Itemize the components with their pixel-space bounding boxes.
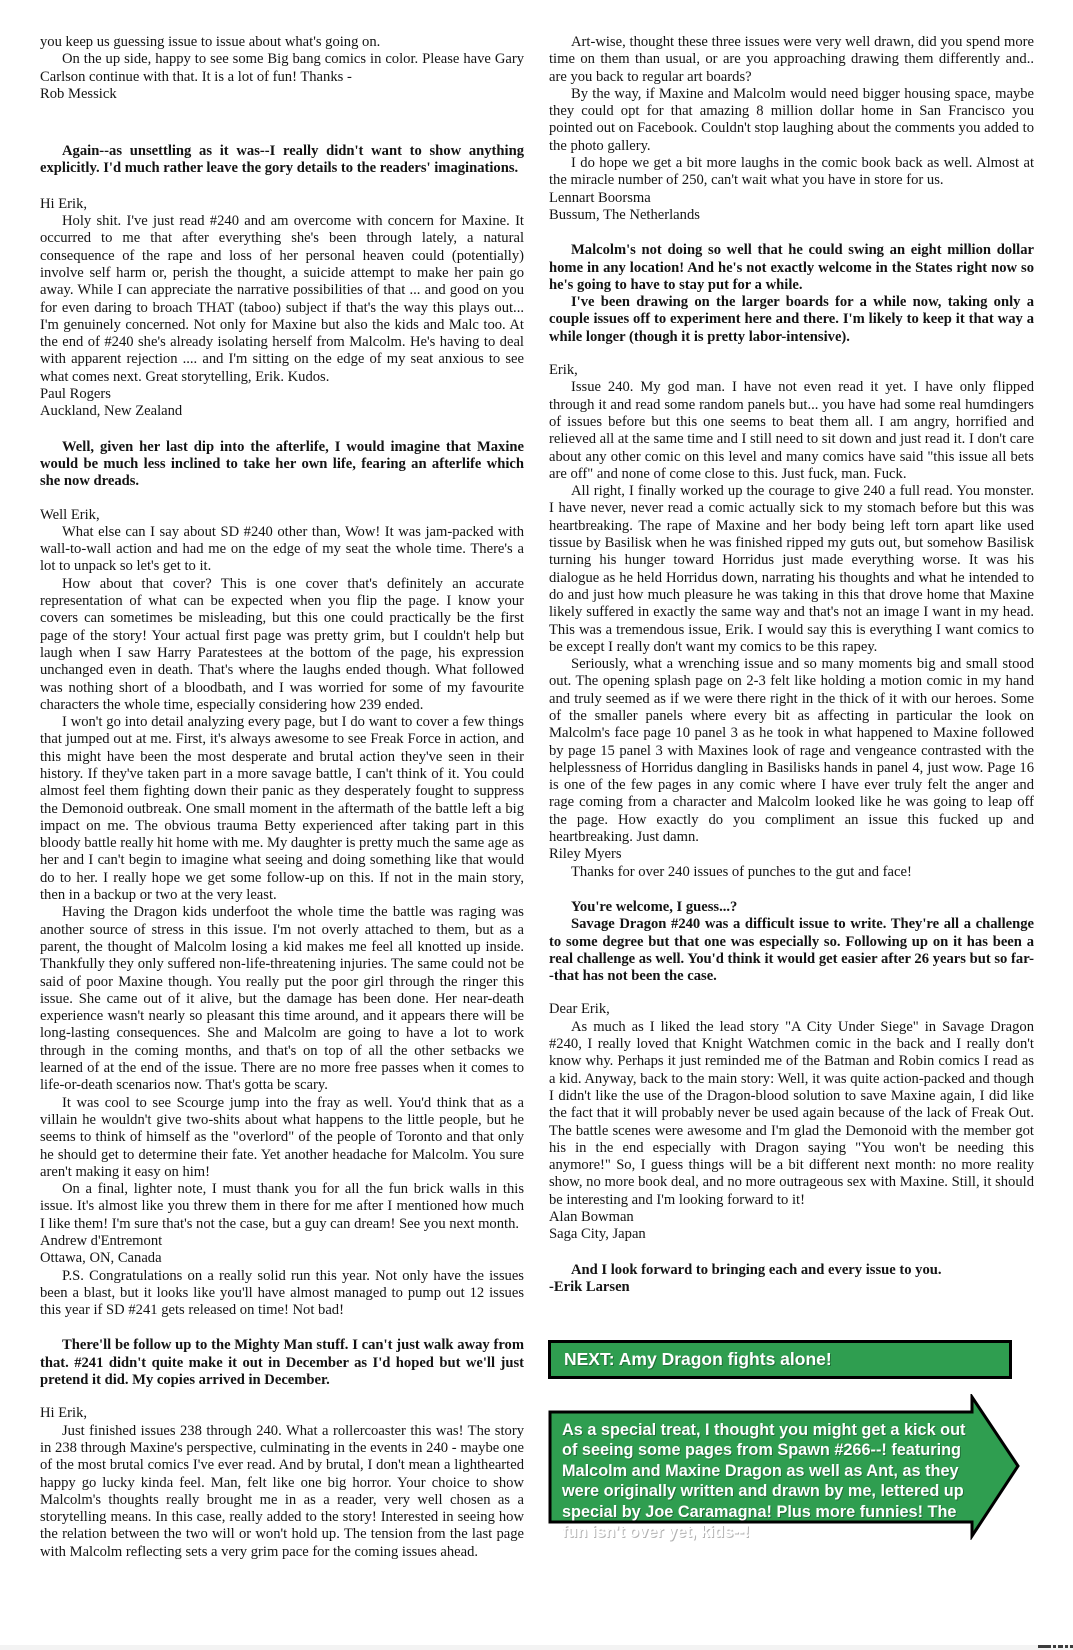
left-column: you keep us guessing issue to issue abou… — [40, 34, 524, 1561]
editor-reply: Again--as unsettling as it was--I really… — [40, 143, 524, 178]
next-issue-text: NEXT: Amy Dragon fights alone! — [551, 1349, 832, 1370]
editor-reply: You're welcome, I guess...? — [549, 899, 1034, 916]
letter-paragraph: I won't go into detail analyzing every p… — [40, 714, 524, 904]
signature: Andrew d'Entremont — [40, 1233, 524, 1250]
spacer — [40, 1319, 524, 1337]
signature: Rob Messick — [40, 86, 524, 103]
editor-signature: -Erik Larsen — [549, 1279, 1034, 1296]
letter-paragraph: I do hope we get a bit more laughs in th… — [549, 155, 1034, 190]
spacer — [549, 881, 1034, 899]
letter-paragraph: Having the Dragon kids underfoot the who… — [40, 904, 524, 1094]
editor-reply: Malcolm's not doing so well that he coul… — [549, 242, 1034, 294]
spacer — [40, 1389, 524, 1405]
signature: Riley Myers — [549, 846, 1034, 863]
letter-paragraph: What else can I say about SD #240 other … — [40, 524, 524, 576]
letter-paragraph: Hi Erik, — [40, 196, 524, 213]
letter-paragraph: Holy shit. I've just read #240 and am ov… — [40, 213, 524, 386]
editor-reply: Savage Dragon #240 was a difficult issue… — [549, 916, 1034, 985]
letter-paragraph: Well Erik, — [40, 507, 524, 524]
letter-paragraph: Thanks for over 240 issues of punches to… — [549, 864, 1034, 881]
letter-paragraph: Seriously, what a wrenching issue and so… — [549, 656, 1034, 846]
page-bottom-edge — [0, 1645, 1073, 1650]
signature: Paul Rogers — [40, 386, 524, 403]
signature: Lennart Boorsma — [549, 190, 1034, 207]
letter-paragraph: As much as I liked the lead story "A Cit… — [549, 1019, 1034, 1209]
letter-paragraph: Hi Erik, — [40, 1405, 524, 1422]
signature: Auckland, New Zealand — [40, 403, 524, 420]
spawn-callout: As a special treat, I thought you might … — [548, 1394, 1023, 1540]
spacer — [549, 224, 1034, 242]
editor-reply: I've been drawing on the larger boards f… — [549, 294, 1034, 346]
letter-paragraph: It was cool to see Scourge jump into the… — [40, 1095, 524, 1181]
editor-reply: Well, given her last dip into the afterl… — [40, 439, 524, 491]
letter-paragraph: Issue 240. My god man. I have not even r… — [549, 379, 1034, 483]
spacer — [40, 491, 524, 507]
letter-paragraph: On the up side, happy to see some Big ba… — [40, 51, 524, 86]
signature: Saga City, Japan — [549, 1226, 1034, 1243]
letter-paragraph: Art-wise, thought these three issues wer… — [549, 34, 1034, 86]
editor-reply: There'll be follow up to the Mighty Man … — [40, 1337, 524, 1389]
page-corner-mark — [1038, 1644, 1073, 1648]
spacer — [40, 178, 524, 196]
signature: Ottawa, ON, Canada — [40, 1250, 524, 1267]
signature: Alan Bowman — [549, 1209, 1034, 1226]
signature: Bussum, The Netherlands — [549, 207, 1034, 224]
letter-paragraph: Dear Erik, — [549, 1001, 1034, 1018]
letter-paragraph: How about that cover? This is one cover … — [40, 576, 524, 714]
letters-page: you keep us guessing issue to issue abou… — [0, 0, 1073, 1650]
spacer — [549, 1244, 1034, 1262]
spacer — [40, 103, 524, 143]
letter-paragraph: On a final, lighter note, I must thank y… — [40, 1181, 524, 1233]
editor-reply: And I look forward to bringing each and … — [549, 1262, 1034, 1279]
letter-paragraph: All right, I finally worked up the coura… — [549, 483, 1034, 656]
right-column: Art-wise, thought these three issues wer… — [549, 34, 1034, 1296]
next-issue-banner: NEXT: Amy Dragon fights alone! — [548, 1340, 1012, 1379]
spacer — [40, 421, 524, 439]
letter-paragraph: Just finished issues 238 through 240. Wh… — [40, 1423, 524, 1561]
letter-paragraph: P.S. Congratulations on a really solid r… — [40, 1268, 524, 1320]
letter-paragraph: you keep us guessing issue to issue abou… — [40, 34, 524, 51]
letter-paragraph: By the way, if Maxine and Malcolm would … — [549, 86, 1034, 155]
spawn-callout-text: As a special treat, I thought you might … — [562, 1420, 966, 1542]
spacer — [549, 985, 1034, 1001]
letter-paragraph: Erik, — [549, 362, 1034, 379]
spacer — [549, 346, 1034, 362]
